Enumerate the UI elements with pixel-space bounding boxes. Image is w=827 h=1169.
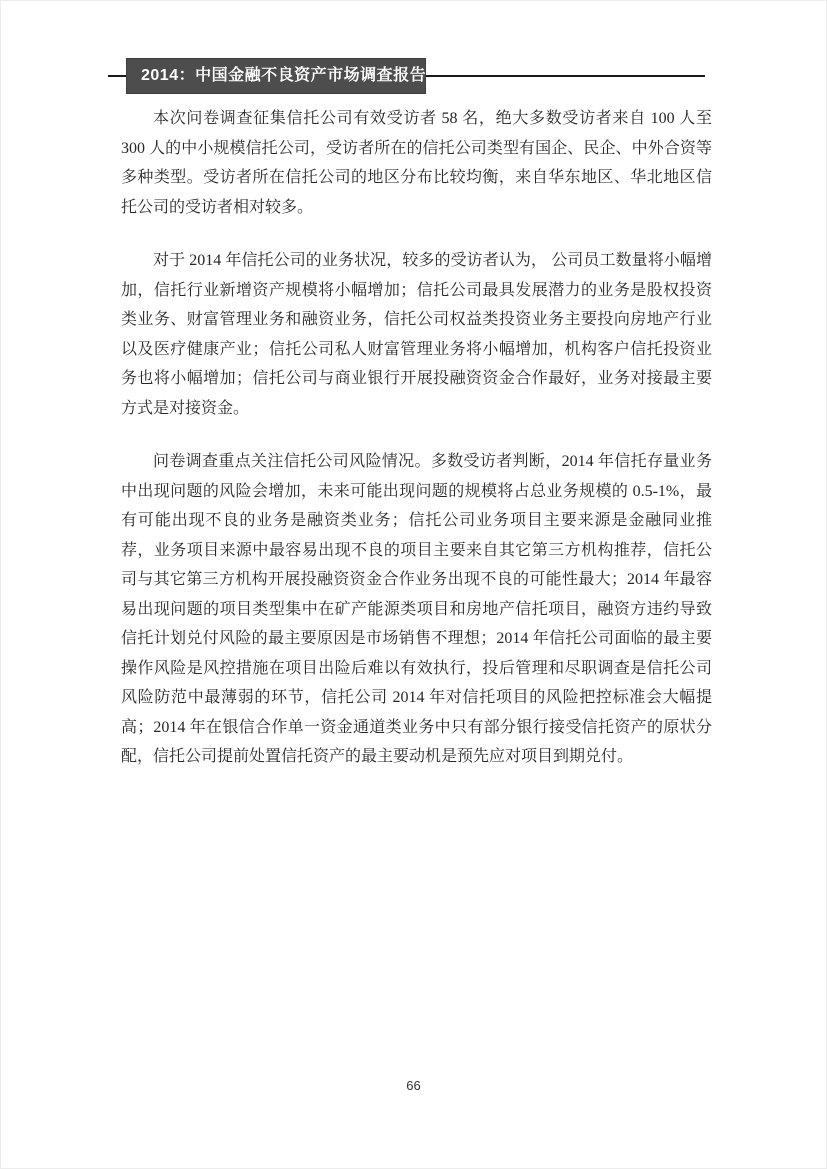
body-text-block: 本次问卷调查征集信托公司有效受访者 58 名，绝大多数受访者来自 100 人至 … (121, 104, 712, 796)
body-paragraph: 本次问卷调查征集信托公司有效受访者 58 名，绝大多数受访者来自 100 人至 … (121, 104, 712, 222)
report-page: 2014：中国金融不良资产市场调查报告 本次问卷调查征集信托公司有效受访者 58… (0, 0, 827, 1169)
body-paragraph: 问卷调查重点关注信托公司风险情况。多数受访者判断，2014 年信托存量业务中出现… (121, 447, 712, 772)
page-number: 66 (1, 1078, 826, 1093)
report-header-banner: 2014：中国金融不良资产市场调查报告 (126, 58, 426, 94)
body-paragraph: 对于 2014 年信托公司的业务状况，较多的受访者认为， 公司员工数量将小幅增加… (121, 246, 712, 423)
